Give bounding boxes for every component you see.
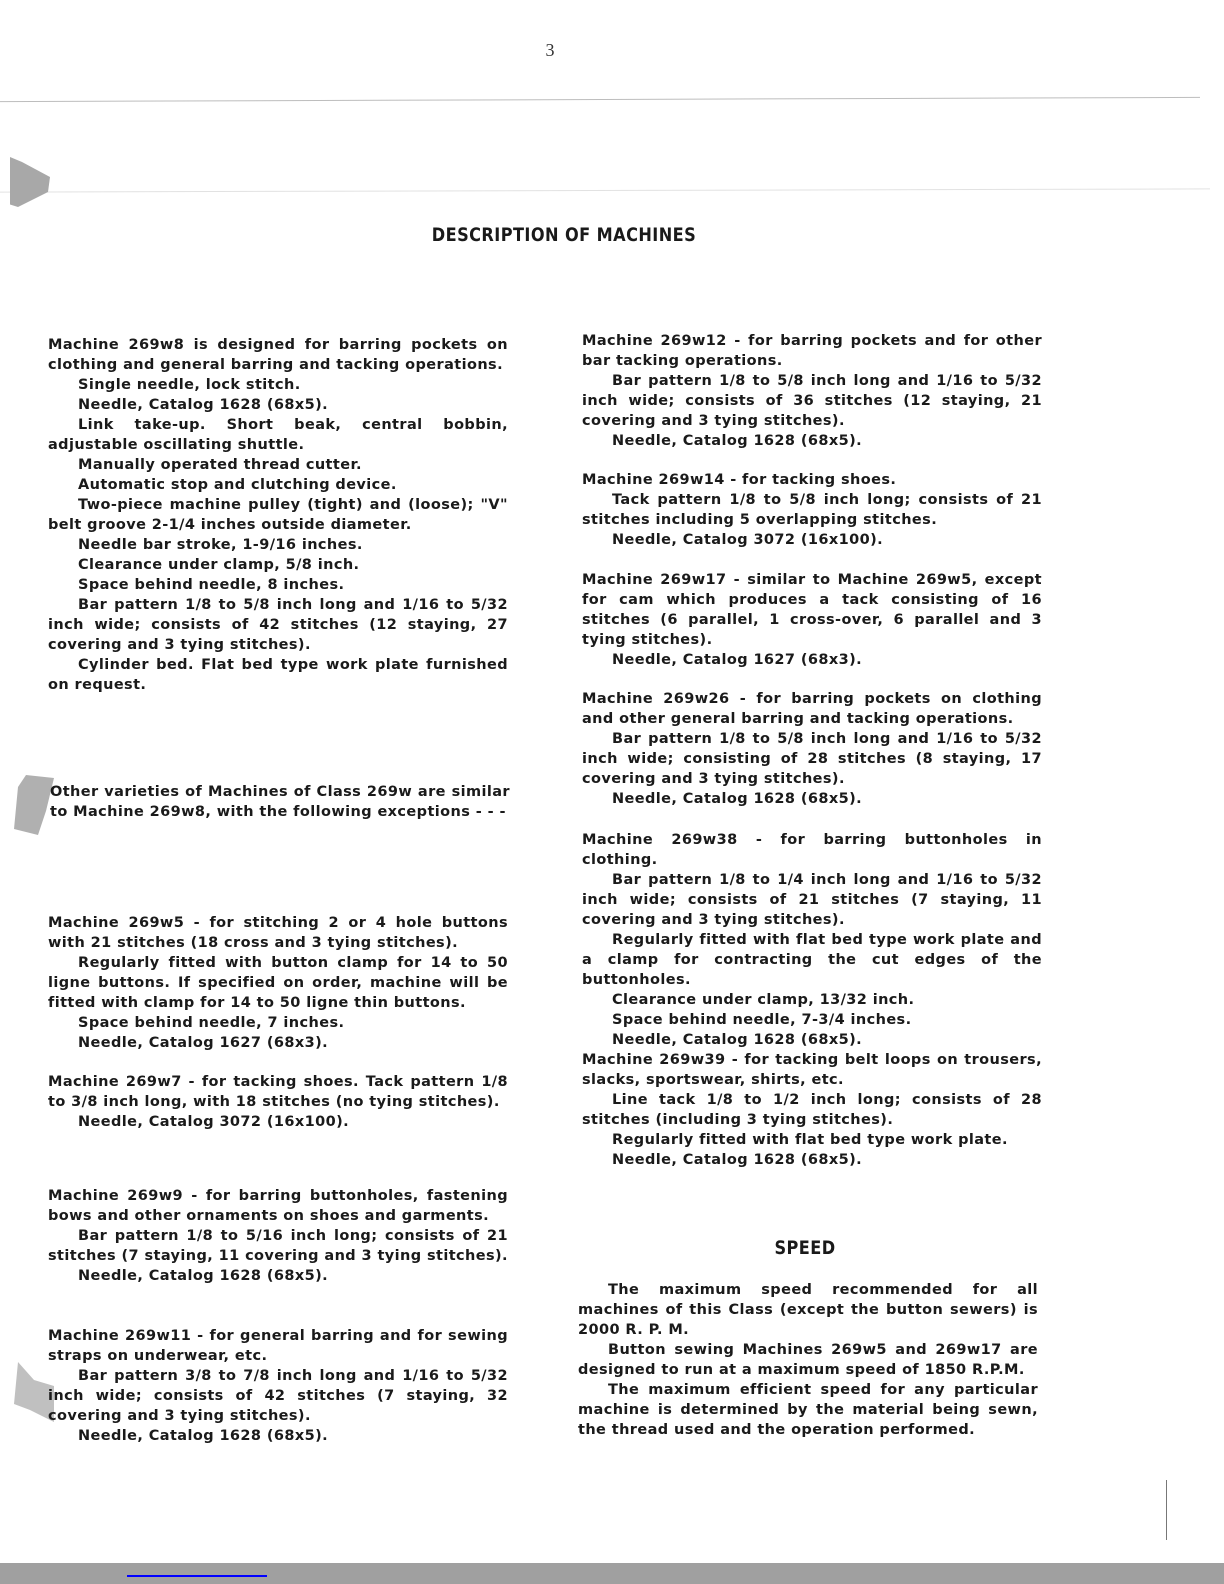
machine-lead: Machine 269w8 is designed for barring po… <box>48 335 508 375</box>
spec-line: Link take-up. Short beak, central bobbin… <box>48 415 508 455</box>
varieties-text: Other varieties of Machines of Class 269… <box>50 782 510 822</box>
spec-line: Needle, Catalog 1628 (68x5). <box>582 789 1042 809</box>
spec-line: Space behind needle, 7-3/4 inches. <box>582 1010 1042 1030</box>
machine-269w8-block: Machine 269w8 is designed for barring po… <box>48 335 508 695</box>
top-rule <box>0 97 1200 102</box>
binder-tab-mark <box>14 775 54 835</box>
machine-269w9-block: Machine 269w9 - for barring buttonholes,… <box>48 1186 508 1286</box>
machine-269w7-block: Machine 269w7 - for tacking shoes. Tack … <box>48 1072 508 1132</box>
machine-269w38-block: Machine 269w38 - for barring buttonholes… <box>582 830 1042 1050</box>
spec-line: Clearance under clamp, 13/32 inch. <box>582 990 1042 1010</box>
machine-269w17-block: Machine 269w17 - similar to Machine 269w… <box>582 570 1042 670</box>
spec-line: Bar pattern 1/8 to 1/4 inch long and 1/1… <box>582 870 1042 930</box>
spec-line: Needle, Catalog 1627 (68x3). <box>582 650 1042 670</box>
binder-tab-mark <box>10 157 50 207</box>
spec-line: Needle, Catalog 1628 (68x5). <box>48 1426 508 1446</box>
machine-lead: Machine 269w26 - for barring pockets on … <box>582 689 1042 729</box>
spec-line: Bar pattern 1/8 to 5/8 inch long and 1/1… <box>582 371 1042 431</box>
spec-line: Needle, Catalog 1628 (68x5). <box>582 1150 1042 1170</box>
spec-line: Line tack 1/8 to 1/2 inch long; consists… <box>582 1090 1042 1130</box>
machine-lead: Machine 269w17 - similar to Machine 269w… <box>582 570 1042 650</box>
machine-lead: Machine 269w38 - for barring buttonholes… <box>582 830 1042 870</box>
spec-line: Single needle, lock stitch. <box>48 375 508 395</box>
second-rule <box>0 188 1210 192</box>
spec-line: Automatic stop and clutching device. <box>48 475 508 495</box>
spec-line: Bar pattern 1/8 to 5/8 inch long and 1/1… <box>582 729 1042 789</box>
spec-line: Regularly fitted with button clamp for 1… <box>48 953 508 1013</box>
spec-line: Clearance under clamp, 5/8 inch. <box>48 555 508 575</box>
machine-lead: Machine 269w7 - for tacking shoes. Tack … <box>48 1072 508 1112</box>
speed-paragraph: Button sewing Machines 269w5 and 269w17 … <box>578 1340 1038 1380</box>
speed-paragraph: The maximum efficient speed for any part… <box>578 1380 1038 1440</box>
speed-heading: SPEED <box>601 1237 1009 1259</box>
spec-line: Needle, Catalog 3072 (16x100). <box>48 1112 508 1132</box>
page-number: 3 <box>0 40 1100 61</box>
spec-line: Regularly fitted with flat bed type work… <box>582 1130 1042 1150</box>
spec-line: Two-piece machine pulley (tight) and (lo… <box>48 495 508 535</box>
machine-269w14-block: Machine 269w14 - for tacking shoes. Tack… <box>582 470 1042 550</box>
spec-line: Needle, Catalog 1628 (68x5). <box>582 431 1042 451</box>
spec-line: Needle, Catalog 1628 (68x5). <box>48 395 508 415</box>
spec-line: Manually operated thread cutter. <box>48 455 508 475</box>
machine-269w12-block: Machine 269w12 - for barring pockets and… <box>582 331 1042 451</box>
machine-lead: Machine 269w14 - for tacking shoes. <box>582 470 1042 490</box>
varieties-note: Other varieties of Machines of Class 269… <box>50 782 510 822</box>
machine-269w39-block: Machine 269w39 - for tacking belt loops … <box>582 1050 1042 1170</box>
speed-section: The maximum speed recommended for all ma… <box>578 1280 1038 1440</box>
spec-line: Needle, Catalog 1628 (68x5). <box>48 1266 508 1286</box>
spec-line: Cylinder bed. Flat bed type work plate f… <box>48 655 508 695</box>
machine-lead: Machine 269w9 - for barring buttonholes,… <box>48 1186 508 1226</box>
right-margin-line <box>1166 1480 1167 1540</box>
machine-269w5-block: Machine 269w5 - for stitching 2 or 4 hol… <box>48 913 508 1053</box>
spec-line: Needle, Catalog 1627 (68x3). <box>48 1033 508 1053</box>
machine-lead: Machine 269w12 - for barring pockets and… <box>582 331 1042 371</box>
spec-line: Needle bar stroke, 1-9/16 inches. <box>48 535 508 555</box>
machine-269w26-block: Machine 269w26 - for barring pockets on … <box>582 689 1042 809</box>
spec-line: Needle, Catalog 1628 (68x5). <box>582 1030 1042 1050</box>
machine-lead: Machine 269w11 - for general barring and… <box>48 1326 508 1366</box>
spec-line: Bar pattern 3/8 to 7/8 inch long and 1/1… <box>48 1366 508 1426</box>
spec-line: Bar pattern 1/8 to 5/8 inch long and 1/1… <box>48 595 508 655</box>
machine-lead: Machine 269w39 - for tacking belt loops … <box>582 1050 1042 1090</box>
spec-line: Regularly fitted with flat bed type work… <box>582 930 1042 990</box>
spec-line: Space behind needle, 8 inches. <box>48 575 508 595</box>
blue-mark <box>127 1575 267 1577</box>
spec-line: Needle, Catalog 3072 (16x100). <box>582 530 1042 550</box>
spec-line: Space behind needle, 7 inches. <box>48 1013 508 1033</box>
machine-lead: Machine 269w5 - for stitching 2 or 4 hol… <box>48 913 508 953</box>
bottom-scan-band <box>0 1563 1224 1584</box>
machine-269w11-block: Machine 269w11 - for general barring and… <box>48 1326 508 1446</box>
page-title: DESCRIPTION OF MACHINES <box>85 224 1044 246</box>
speed-paragraph: The maximum speed recommended for all ma… <box>578 1280 1038 1340</box>
spec-line: Tack pattern 1/8 to 5/8 inch long; consi… <box>582 490 1042 530</box>
spec-line: Bar pattern 1/8 to 5/16 inch long; consi… <box>48 1226 508 1266</box>
